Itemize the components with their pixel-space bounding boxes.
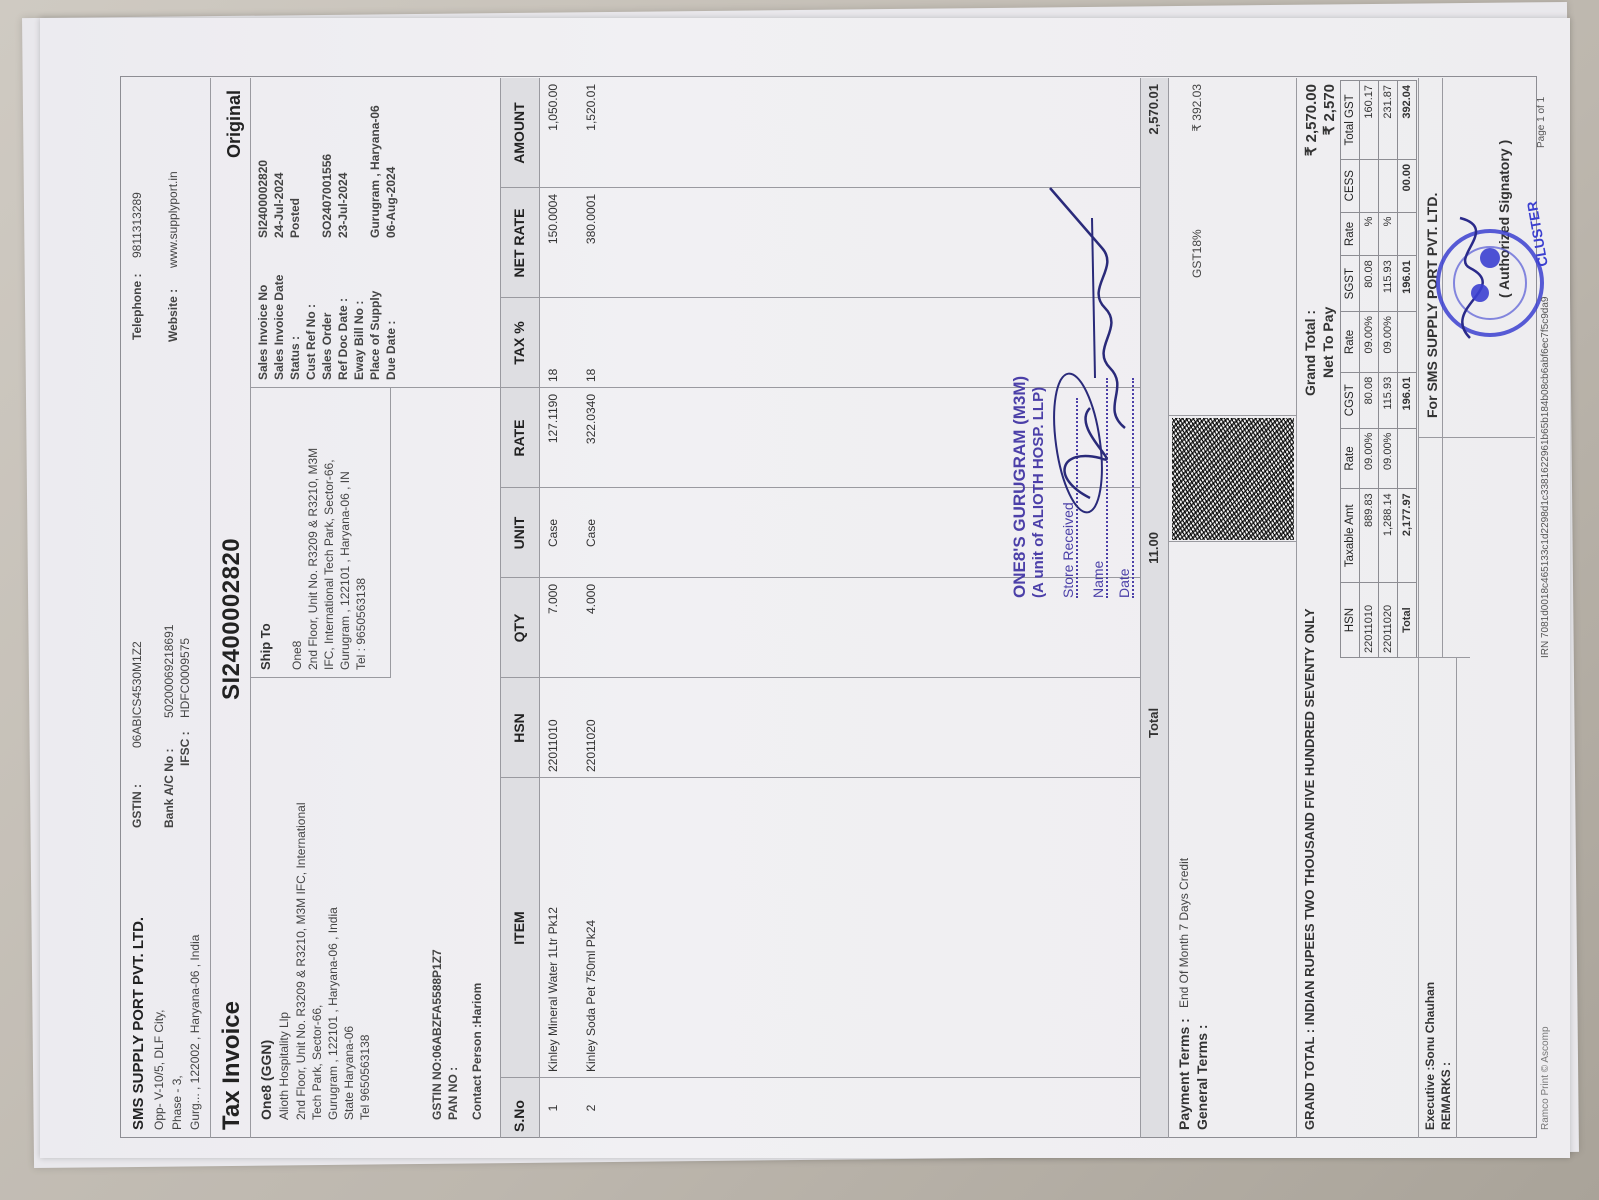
column-header: AMOUNT: [511, 84, 527, 182]
meta-value: SI2400002820: [256, 160, 270, 238]
gst-total-cell: Total: [1398, 583, 1417, 658]
gst-cell: [1379, 159, 1398, 212]
telephone: 9811313289: [130, 192, 144, 258]
divider: [1400, 657, 1470, 658]
executive-name: Executive :Sonu Chauhan: [1423, 982, 1437, 1130]
gst-cell: 22011020: [1379, 583, 1398, 658]
gst-total-cell: 00.00: [1398, 159, 1417, 212]
gst-total-cell: 392.04: [1398, 81, 1417, 160]
gst-column-header: Rate: [1341, 428, 1360, 489]
irn-number: IRN 7081d0018c465133c1d2298d1c3381622961…: [1540, 297, 1551, 658]
meta-label: Place of Supply: [368, 291, 382, 380]
column-header: ITEM: [511, 784, 527, 1072]
gst-column-header: Rate: [1341, 212, 1360, 256]
meta-value: 06-Aug-2024: [384, 167, 398, 238]
gst-column-header: Total GST: [1341, 81, 1360, 160]
cell-item: Kinley Soda Pet 750ml Pk24: [584, 784, 598, 1072]
meta-label: Sales Invoice Date: [272, 275, 286, 380]
divider: [250, 677, 390, 678]
total-band: [1140, 78, 1168, 1137]
printed-by-label: Ramco Print © Ascomp: [1540, 1026, 1551, 1130]
gst-cell: 09.00%: [1360, 428, 1379, 489]
gst-column-header: Taxable Amt: [1341, 489, 1360, 583]
column-header: RATE: [511, 394, 527, 482]
gst-amount: ₹ 392.03: [1190, 84, 1204, 158]
gst-row: 22011010889.8309.00%80.0809.00%80.08%160…: [1360, 81, 1379, 658]
gst-column-header: CGST: [1341, 372, 1360, 428]
gst-column-header: SGST: [1341, 256, 1360, 312]
website-label: Website :: [166, 289, 180, 342]
amount-in-words: GRAND TOTAL : INDIAN RUPEES TWO THOUSAND…: [1302, 609, 1317, 1131]
gst-cell: 09.00%: [1379, 428, 1398, 489]
bill-to-company: Alioth Hospitality Llp: [277, 1012, 291, 1120]
gst-column-header: Rate: [1341, 312, 1360, 373]
gst-cell: 160.17: [1360, 81, 1379, 160]
gst-cell: %: [1379, 212, 1398, 256]
cell-qty: 4.000: [584, 584, 598, 672]
gst-cell: 1,288.14: [1379, 489, 1398, 583]
gst-breakup-header-row: HSNTaxable AmtRateCGSTRateSGSTRateCESSTo…: [1341, 81, 1360, 658]
total-amount: 2,570.01: [1146, 84, 1161, 168]
gst-column-header: HSN: [1341, 583, 1360, 658]
meta-label: Status :: [288, 336, 302, 380]
receiving-stamp-line1: ONE8'S GURUGRAM (M3M): [1010, 376, 1030, 598]
column-divider: [500, 677, 1168, 678]
meta-value: 24-Jul-2024: [272, 173, 286, 238]
ship-to-address-3: Gurugram , 122101 , Haryana-06 , IN: [338, 471, 352, 670]
grand-total-label: Grand Total :: [1302, 310, 1318, 396]
bill-to-gstin: GSTIN NO:06ABZFA5588P1Z7: [430, 949, 444, 1120]
company-name: SMS SUPPLY PORT PVT. LTD.: [130, 917, 147, 1130]
gst-total-cell: [1398, 428, 1417, 489]
divider: [250, 78, 251, 1138]
gst-cell: 80.08: [1360, 256, 1379, 312]
divider: [1140, 78, 1141, 1138]
cell-sno: 2: [584, 1084, 598, 1132]
ifsc: HDFC0009575: [178, 638, 192, 718]
column-header: TAX %: [511, 304, 527, 382]
cell-amount: 1,050.00: [546, 84, 560, 182]
cell-amount: 1,520.01: [584, 84, 598, 182]
bill-to-pan: PAN NO :: [446, 1067, 460, 1120]
divider: [250, 387, 500, 388]
bank-ac: 50200069218691: [162, 625, 176, 718]
gst-cell: 22011010: [1360, 583, 1379, 658]
website: www.supplyport.in: [166, 171, 180, 268]
gst-total-cell: [1398, 212, 1417, 256]
company-address-1: Opp- V-10/5, DLF City,: [152, 1010, 166, 1131]
net-to-pay-value: ₹ 2,570: [1320, 84, 1338, 184]
meta-value: SO2407001556: [320, 154, 334, 238]
cell-item: Kinley Mineral Water 1Ltr Pk12: [546, 784, 560, 1072]
bill-to-name: One8 (GGN): [258, 1040, 274, 1120]
meta-label: Due Date :: [384, 321, 398, 380]
gst-cell: 09.00%: [1360, 312, 1379, 373]
cell-qty: 7.000: [546, 584, 560, 672]
remarks-label: REMARKS :: [1439, 1062, 1453, 1130]
bank-ac-label: Bank A/C No :: [162, 748, 176, 828]
column-header: NET RATE: [511, 194, 527, 292]
company-address-3: Gurg... , 122002 , Haryana-06 , India: [188, 935, 202, 1130]
column-header: UNIT: [511, 494, 527, 572]
gstin-label: GSTIN :: [130, 784, 144, 828]
cell-tax: 18: [584, 304, 598, 382]
gst-total-cell: 196.01: [1398, 372, 1417, 428]
column-header: HSN: [511, 684, 527, 772]
payment-terms-label: Payment Terms :: [1176, 1018, 1192, 1130]
column-divider: [500, 1077, 1168, 1078]
divider: [1456, 658, 1457, 1138]
gst-total-cell: 196.01: [1398, 256, 1417, 312]
meta-value: 23-Jul-2024: [336, 173, 350, 238]
telephone-label: Telephone :: [130, 274, 144, 340]
payment-terms-value: End Of Month 7 Days Credit: [1177, 858, 1191, 1008]
bill-to-address-1: 2nd Floor, Unit No. R3209 & R3210, M3M I…: [294, 803, 308, 1121]
divider: [539, 78, 540, 1138]
cell-unit: Case: [584, 494, 598, 572]
divider: [1168, 415, 1296, 416]
gst-total-row: Total2,177.97196.01196.0100.00392.04: [1398, 81, 1417, 658]
cell-hsn: 22011010: [546, 684, 560, 772]
column-header: QTY: [511, 584, 527, 672]
gst-cell: 115.93: [1379, 372, 1398, 428]
divider: [1168, 541, 1296, 542]
bill-to-address-2: Tech Park, Sector-66,: [310, 1005, 324, 1120]
divider: [210, 78, 211, 1138]
column-header: S.No: [511, 1084, 527, 1132]
gst-cell: 115.93: [1379, 256, 1398, 312]
cell-rate: 127.1190: [546, 394, 560, 482]
cell-unit: Case: [546, 494, 560, 572]
ship-to-name: One8: [290, 641, 304, 670]
grand-total-value: ₹ 2,570.00: [1302, 84, 1320, 184]
gst-cell: 80.08: [1360, 372, 1379, 428]
gst-cell: 889.83: [1360, 489, 1379, 583]
ifsc-label: IFSC :: [178, 731, 192, 766]
copy-label: Original: [224, 90, 245, 158]
general-terms-label: General Terms :: [1194, 1024, 1210, 1130]
gst-row: 220110201,288.1409.00%115.9309.00%115.93…: [1379, 81, 1398, 658]
total-label: Total: [1146, 708, 1161, 738]
cell-rate: 322.0340: [584, 394, 598, 482]
cell-tax: 18: [546, 304, 560, 382]
ship-to-address-1: 2nd Floor, Unit No. R3209 & R3210, M3M: [306, 448, 320, 670]
column-divider: [500, 777, 1168, 778]
divider: [1418, 437, 1535, 438]
cell-hsn: 22011020: [584, 684, 598, 772]
contact-person: Contact Person :Hariom: [470, 983, 484, 1120]
meta-label: Sales Invoice No: [256, 285, 270, 380]
gst-breakup-table: HSNTaxable AmtRateCGSTRateSGSTRateCESSTo…: [1340, 80, 1417, 658]
tax-invoice-document: SMS SUPPLY PORT PVT. LTD. Opp- V-10/5, D…: [100, 58, 1580, 1158]
meta-label: Ref Doc Date :: [336, 298, 350, 380]
invoice-number-heading: SI2400002820: [218, 538, 246, 700]
gst-cell: [1360, 159, 1379, 212]
company-gstin: 06ABICS4530M1Z2: [130, 641, 144, 748]
meta-label: Eway Bill No :: [352, 301, 366, 380]
handwritten-signature-icon: [1030, 158, 1140, 518]
gst-cell: %: [1360, 212, 1379, 256]
divider: [390, 388, 391, 678]
cell-net-rate: 150.0004: [546, 194, 560, 292]
company-address-2: Phase - 3,: [170, 1075, 184, 1130]
divider: [1168, 78, 1169, 1138]
page-indicator: Page 1 of 1: [1536, 97, 1547, 148]
gst-total-cell: 2,177.97: [1398, 489, 1417, 583]
divider: [1442, 78, 1443, 658]
divider: [1296, 78, 1297, 1138]
gst-column-header: CESS: [1341, 159, 1360, 212]
invoice-paper: SMS SUPPLY PORT PVT. LTD. Opp- V-10/5, D…: [40, 18, 1570, 1158]
bill-to-tel: Tel 9650563138: [358, 1035, 372, 1120]
e-invoice-qr-code: [1172, 418, 1294, 540]
divider: [1418, 78, 1419, 1138]
gst-cell: 09.00%: [1379, 312, 1398, 373]
cell-sno: 1: [546, 1084, 560, 1132]
bill-to-state: State Haryana-06: [342, 1026, 356, 1120]
meta-value: Gurugram , Haryana-06: [368, 105, 382, 238]
gst-cell: 231.87: [1379, 81, 1398, 160]
meta-label: Sales Order: [320, 313, 334, 380]
cell-net-rate: 380.0001: [584, 194, 598, 292]
ship-to-heading: Ship To: [258, 623, 273, 670]
bill-to-address-3: Gurugram , 122101 , Haryana-06 , India: [326, 907, 340, 1120]
ship-to-tel: Tel : 9650563138: [354, 578, 368, 670]
total-qty: 11.00: [1146, 532, 1161, 602]
meta-label: Cust Ref No :: [304, 304, 318, 380]
gst-total-cell: [1398, 312, 1417, 373]
document-title: Tax Invoice: [218, 1001, 246, 1130]
meta-value: Posted: [288, 198, 302, 238]
net-to-pay-label: Net To Pay: [1320, 307, 1336, 378]
ship-to-address-2: IFC, International Tech Park, Sector-66,: [322, 459, 336, 670]
gst-label: GST18%: [1190, 229, 1204, 278]
